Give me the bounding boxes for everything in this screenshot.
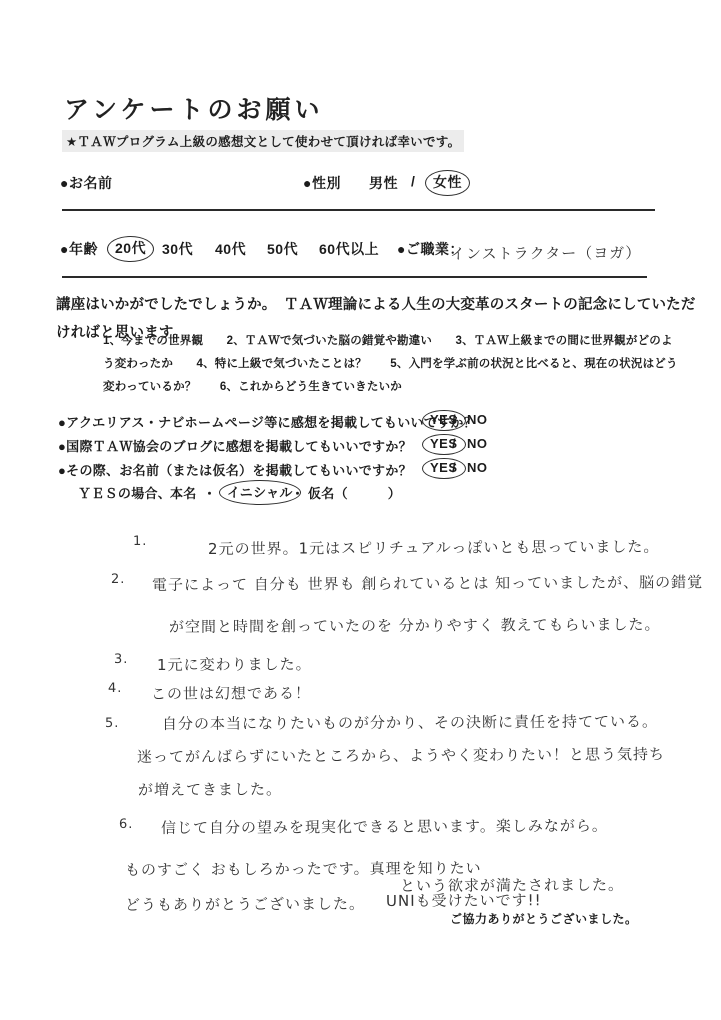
consent-question-1: ●アクエリアス・ナビホームページ等に感想を掲載してもいいですか？ bbox=[58, 412, 477, 431]
consent-1-no: NO bbox=[467, 412, 488, 427]
answer-2-text-line-1: 電子によって 自分も 世界も 創られているとは 知っていましたが、脳の錯覚 bbox=[152, 571, 703, 595]
dot-separator: ・ bbox=[203, 483, 216, 502]
answer-5-text-line-3: が増えてきました。 bbox=[138, 778, 282, 800]
age-option-40s: 40代 bbox=[215, 239, 246, 259]
yes-circled-mark: YES bbox=[422, 434, 466, 455]
consent-3-no: NO bbox=[467, 460, 488, 475]
alias-option: 仮名（ ） bbox=[308, 483, 401, 502]
consent-question-3: ●その際、お名前（または仮名）を掲載してもいいですか？ bbox=[58, 460, 412, 479]
answer-2-text-line-2: が空間と時間を創っていたのを 分かりやすく 教えてもらいました。 bbox=[169, 613, 661, 637]
dot-separator: ・ bbox=[291, 483, 304, 502]
answer-3-text: 1元に変わりました。 bbox=[157, 653, 312, 675]
age-option-30s: 30代 bbox=[162, 239, 193, 259]
topics-list: 1、今までの世界観 2、ＴＡＷで気づいた脳の錯覚や勘違い 3、ＴＡＷ上級までの間… bbox=[103, 330, 681, 399]
gender-label: ●性別 bbox=[303, 173, 341, 193]
answer-3-number: 3. bbox=[114, 652, 128, 667]
answer-1-text: 2元の世界。1元はスピリチュアルっぽいとも思っていました。 bbox=[208, 536, 659, 559]
printed-thanks-note: ご協力ありがとうございました。 bbox=[450, 910, 638, 927]
age-label: ●年齢 bbox=[60, 239, 98, 259]
section-divider bbox=[62, 209, 655, 211]
answer-1-number: 1. bbox=[133, 534, 147, 549]
answer-4-text: この世は幻想である！ bbox=[151, 682, 311, 704]
answer-5-text-line-1: 自分の本当になりたいものが分かり、その決断に責任を持てている。 bbox=[162, 710, 658, 734]
answer-4-number: 4. bbox=[108, 681, 122, 696]
page-subtitle: ★ＴＡＷプログラム上級の感想文として使わせて頂ければ幸いです。 bbox=[62, 130, 464, 152]
gender-slash: / bbox=[411, 173, 415, 189]
initial-circled-mark: イニシャル bbox=[219, 480, 301, 505]
gender-male-option: 男性 bbox=[369, 173, 398, 193]
age-option-60s: 60代以上 bbox=[319, 239, 379, 259]
consent-2-slash: / bbox=[452, 436, 456, 451]
yes-circled-mark: YES bbox=[422, 458, 466, 479]
age-option-20s: 20代 bbox=[112, 239, 149, 259]
consent-3-slash: / bbox=[452, 460, 456, 475]
yes-circled-mark: YES bbox=[422, 410, 466, 431]
page-title: アンケートのお願い bbox=[64, 90, 324, 126]
answer-5-text-line-2: 迷ってがんばらずにいたところから、ようやく変わりたい！と思う気持ち bbox=[137, 743, 665, 767]
answer-6-text: 信じて自分の望みを現実化できると思います。楽しみながら。 bbox=[161, 815, 608, 838]
age-20s-circled-mark: 20代 bbox=[107, 236, 154, 262]
initial-option: イニシャル bbox=[224, 483, 296, 502]
answer-6-number: 6. bbox=[119, 817, 133, 832]
answer-2-number: 2. bbox=[111, 572, 125, 587]
scanned-survey-page: アンケートのお願い ★ＴＡＷプログラム上級の感想文として使わせて頂ければ幸いです… bbox=[0, 0, 721, 1020]
real-name-option: 本名 bbox=[170, 483, 197, 502]
consent-question-2: ●国際ＴＡＷ協会のブログに感想を掲載してもいいですか？ bbox=[58, 436, 412, 455]
age-option-50s: 50代 bbox=[267, 239, 298, 259]
occupation-value-handwritten: インストラクター（ヨガ） bbox=[450, 242, 642, 264]
yes-case-prefix: ＹＥＳの場合、 bbox=[78, 483, 171, 502]
name-label: ●お名前 bbox=[60, 173, 112, 193]
consent-2-no: NO bbox=[467, 436, 488, 451]
closing-remark-line-2: どうもありがとうございました。 bbox=[125, 893, 365, 915]
consent-1-slash: / bbox=[452, 412, 456, 427]
female-circled-mark: 女性 bbox=[425, 170, 470, 196]
answer-5-number: 5. bbox=[105, 716, 119, 731]
closing-remark-line-2b: UNIも受けたいです!! bbox=[386, 889, 542, 911]
section-divider bbox=[62, 276, 647, 278]
gender-female-option: 女性 bbox=[430, 173, 465, 193]
